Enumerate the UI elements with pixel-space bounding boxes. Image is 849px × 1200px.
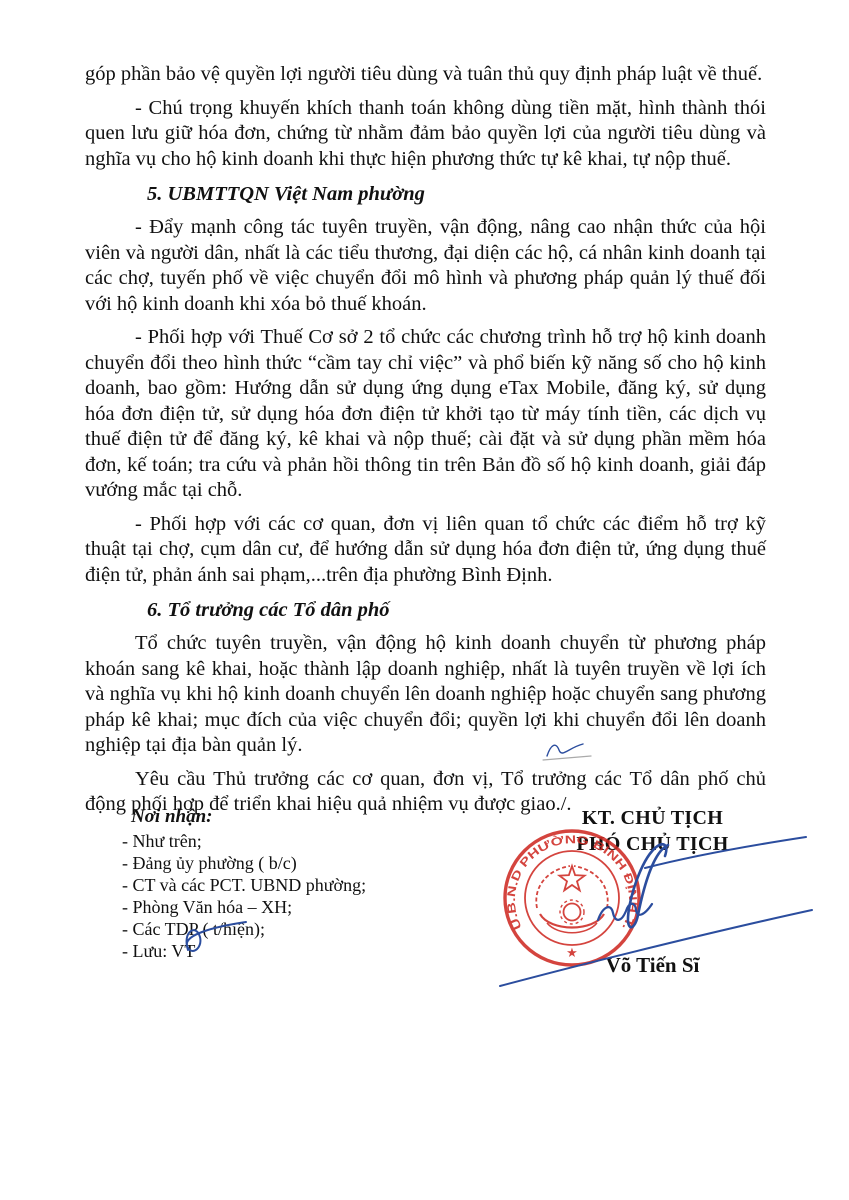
vt-paraph-mark xyxy=(170,914,254,962)
paragraph-propaganda: - Đẩy mạnh công tác tuyên truyền, vận độ… xyxy=(85,207,766,317)
handwritten-signature xyxy=(470,790,849,1000)
initials-squiggle xyxy=(547,744,583,756)
signature-squiggle-stroke xyxy=(598,904,652,920)
recipient-item: - Đảng ủy phường ( b/c) xyxy=(122,852,366,874)
document-page: góp phần bảo vệ quyền lợi người tiêu dùn… xyxy=(0,0,849,1200)
recipient-item: - CT và các PCT. UBND phường; xyxy=(122,874,366,896)
vt-paraph-stroke xyxy=(187,922,246,951)
signature-loop-stroke xyxy=(628,844,668,927)
recipient-item: - Như trên; xyxy=(122,830,366,852)
paragraph-tax-office-support: - Phối hợp với Thuế Cơ sở 2 tổ chức các … xyxy=(85,317,766,504)
paragraph-support-points: - Phối hợp với các cơ quan, đơn vị liên … xyxy=(85,504,766,589)
paragraph-cashless-payment: - Chú trọng khuyến khích thanh toán khôn… xyxy=(85,88,766,173)
document-body: góp phần bảo vệ quyền lợi người tiêu dùn… xyxy=(85,62,766,818)
section-6-heading: 6. Tổ trưởng các Tổ dân phố xyxy=(147,588,766,623)
paragraph-household-conversion: Tổ chức tuyên truyền, vận động hộ kinh d… xyxy=(85,623,766,759)
signature-upper-stroke xyxy=(645,837,806,868)
section-5-heading: 5. UBMTTQN Việt Nam phường xyxy=(147,172,766,207)
paragraph-continuation: góp phần bảo vệ quyền lợi người tiêu dùn… xyxy=(85,62,766,88)
signature-underline-stroke xyxy=(500,910,812,986)
initials-underline xyxy=(543,756,591,760)
recipients-label: Nơi nhận: xyxy=(131,806,366,828)
handwritten-initials-mark xyxy=(541,736,597,766)
